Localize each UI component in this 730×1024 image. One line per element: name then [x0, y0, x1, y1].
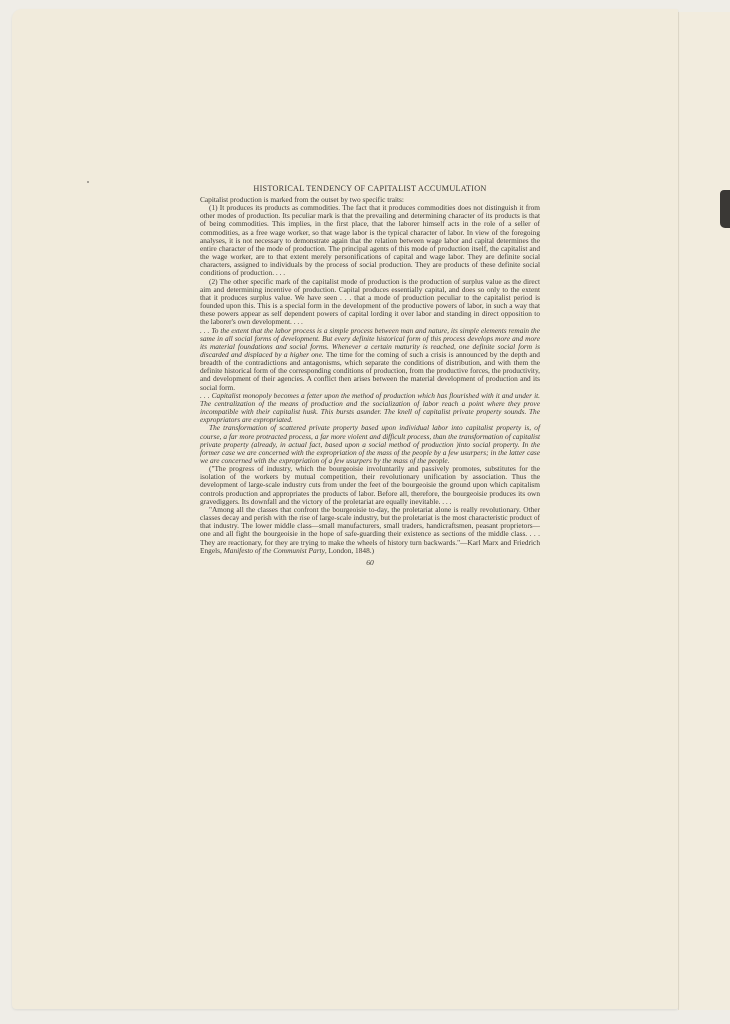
paragraph-labor-process: . . . To the extent that the labor proce…: [200, 327, 540, 392]
italic-passage: . . . Capitalist monopoly becomes a fett…: [200, 391, 540, 424]
citation-tail: , London, 1848.): [325, 546, 374, 555]
paragraph-trait-1: (1) It produces its products as commodit…: [200, 204, 540, 277]
citation-title: Manifesto of the Communist Party: [224, 546, 325, 555]
adjacent-page-edge: [678, 12, 730, 1010]
page-number: 60: [200, 559, 540, 567]
paragraph-transformation: The transformation of scattered private …: [200, 424, 540, 465]
paragraph-progress-of-industry: ("The progress of industry, which the bo…: [200, 465, 540, 506]
paragraph-capitalist-monopoly: . . . Capitalist monopoly becomes a fett…: [200, 392, 540, 425]
document-body: HISTORICAL TENDENCY OF CAPITALIST ACCUMU…: [200, 184, 540, 567]
italic-passage: The transformation of scattered private …: [200, 423, 540, 465]
adjacent-page-ink-mark: [720, 190, 730, 228]
paragraph-manifesto-quote: "Among all the classes that confront the…: [200, 506, 540, 555]
paper-speck: [87, 181, 89, 183]
page-title: HISTORICAL TENDENCY OF CAPITALIST ACCUMU…: [200, 184, 540, 194]
paragraph-trait-2: (2) The other specific mark of the capit…: [200, 278, 540, 327]
